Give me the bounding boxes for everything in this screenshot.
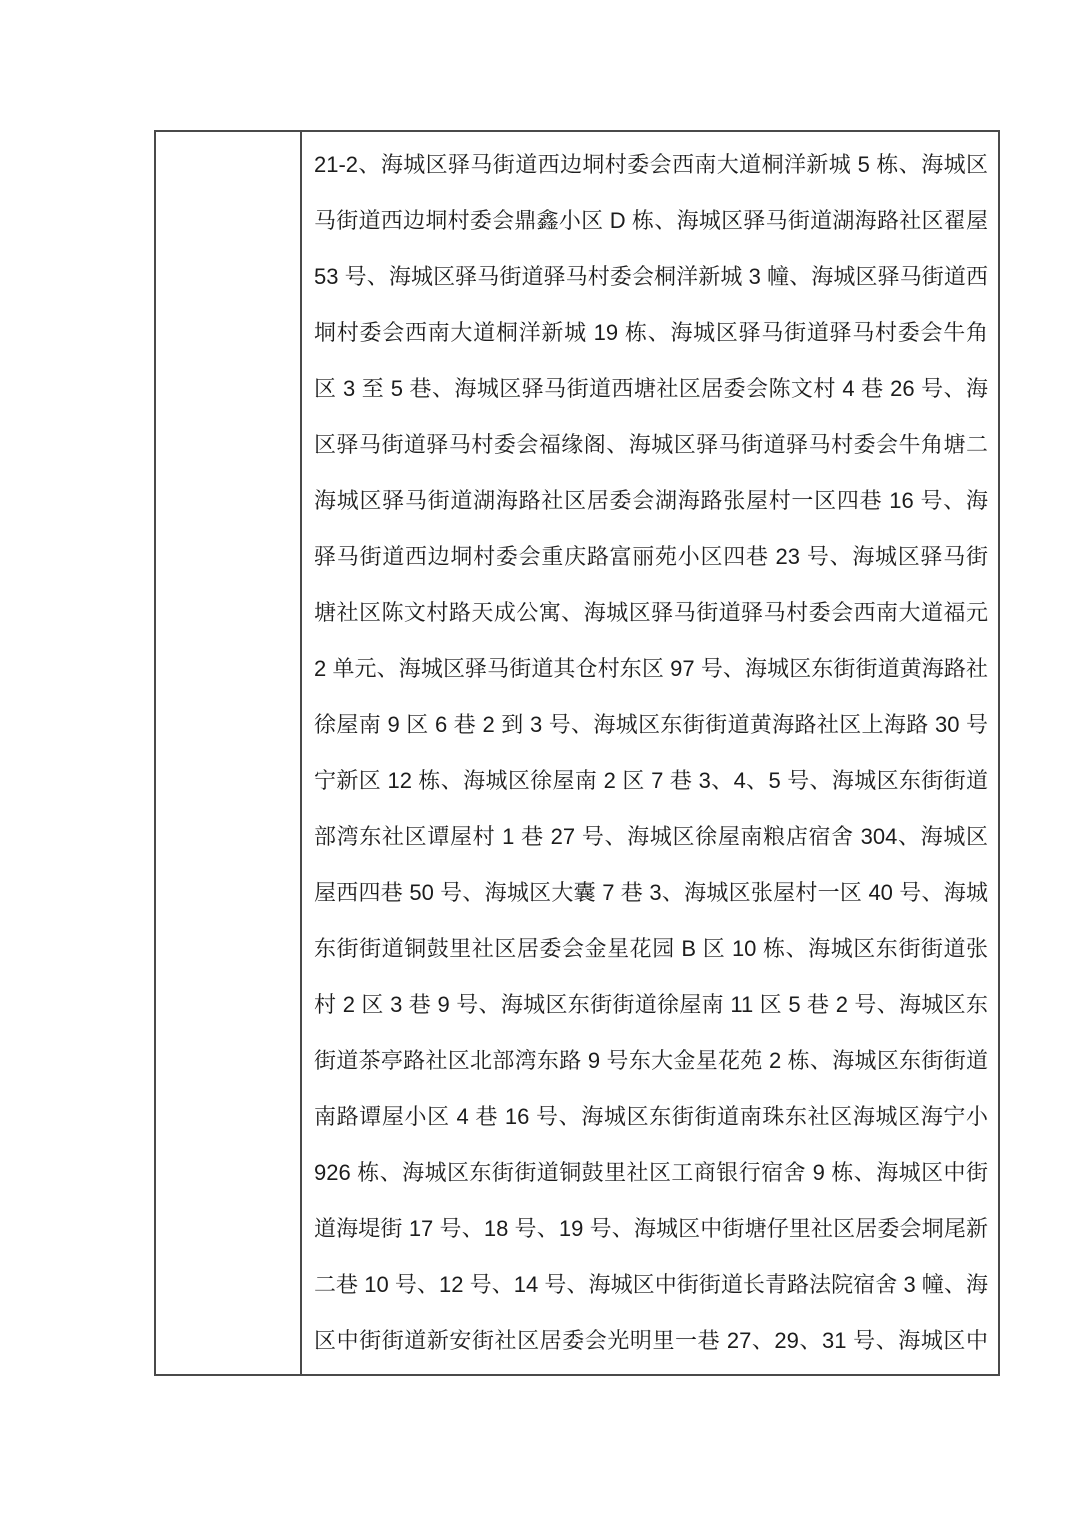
address-text-line: 道海堤街 17 号、18 号、19 号、海城区中街塘仔里社区居委会垌尾新区 [314,1201,988,1257]
address-text-line: 马街道西边垌村委会鼎鑫小区 D 栋、海城区驿马街道湖海路社区翟屋村 [314,193,988,249]
address-text-line: 二巷 10 号、12 号、14 号、海城区中街街道长青路法院宿舍 3 幢、海城 [314,1257,988,1313]
address-text-line: 区 3 至 5 巷、海城区驿马街道西塘社区居委会陈文村 4 巷 26 号、海城 [314,361,988,417]
address-text-line: 东街街道铜鼓里社区居委会金星花园 B 区 10 栋、海城区东街街道张屋 [314,921,988,977]
address-text-line: 21-2、海城区驿马街道西边垌村委会西南大道桐洋新城 5 栋、海城区驿 [314,137,988,193]
address-text-line: 驿马街道西边垌村委会重庆路富丽苑小区四巷 23 号、海城区驿马街道西 [314,529,988,585]
address-text-line: 街道茶亭路社区北部湾东路 9 号东大金星花苑 2 栋、海城区东街街道海 [314,1033,988,1089]
address-text-line: 塘社区陈文村路天成公寓、海城区驿马街道驿马村委会西南大道福元阁 [314,585,988,641]
address-text-line: 2 单元、海城区驿马街道其仓村东区 97 号、海城区东街街道黄海路社区 [314,641,988,697]
table-empty-label-cell [156,132,302,1374]
address-text-line: 徐屋南 9 区 6 巷 2 到 3 号、海城区东街街道黄海路社区上海路 30 号… [314,697,988,753]
address-text-line: 垌村委会西南大道桐洋新城 19 栋、海城区驿马街道驿马村委会牛角塘二 [314,305,988,361]
address-text-line: 南路谭屋小区 4 巷 16 号、海城区东街街道南珠东社区海城区海宁小区 [314,1089,988,1145]
address-table: 21-2、海城区驿马街道西边垌村委会西南大道桐洋新城 5 栋、海城区驿 马街道西… [154,130,1000,1376]
address-text-line: 926 栋、海城区东街街道铜鼓里社区工商银行宿舍 9 栋、海城区中街街 [314,1145,988,1201]
address-text-line: 53 号、海城区驿马街道驿马村委会桐洋新城 3 幢、海城区驿马街道西边 [314,249,988,305]
address-text-line: 部湾东社区谭屋村 1 巷 27 号、海城区徐屋南粮店宿舍 304、海城区徐 [314,809,988,865]
address-text-line: 宁新区 12 栋、海城区徐屋南 2 区 7 巷 3、4、5 号、海城区东街街道北 [314,753,988,809]
address-text-line: 区中街街道新安街社区居委会光明里一巷 27、29、31 号、海城区中街 [314,1313,988,1369]
address-text-line: 区驿马街道驿马村委会福缘阁、海城区驿马街道驿马村委会牛角塘二区、 [314,417,988,473]
document-page: 21-2、海城区驿马街道西边垌村委会西南大道桐洋新城 5 栋、海城区驿 马街道西… [0,0,1080,1527]
address-text-line: 屋西四巷 50 号、海城区大囊 7 巷 3、海城区张屋村一区 40 号、海城区 [314,865,988,921]
address-text-line: 村 2 区 3 巷 9 号、海城区东街街道徐屋南 11 区 5 巷 2 号、海城… [314,977,988,1033]
address-text-line: 海城区驿马街道湖海路社区居委会湖海路张屋村一区四巷 16 号、海城区 [314,473,988,529]
address-list-cell: 21-2、海城区驿马街道西边垌村委会西南大道桐洋新城 5 栋、海城区驿 马街道西… [302,132,998,1374]
